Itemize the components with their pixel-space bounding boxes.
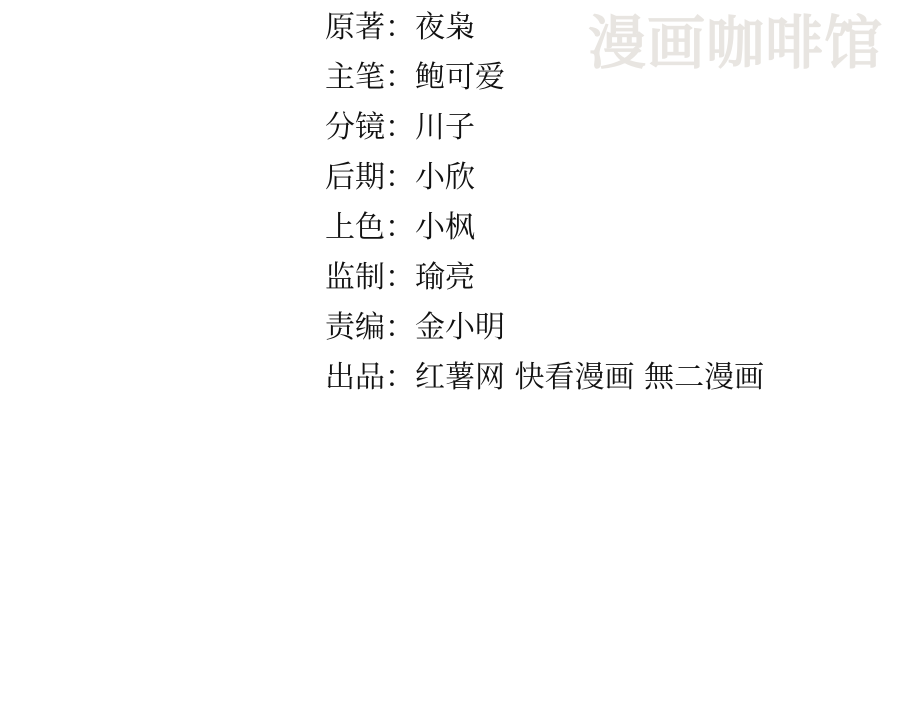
credit-value: 小欣 xyxy=(415,163,475,193)
credit-separator: ： xyxy=(385,63,415,93)
credit-row-storyboard: 分镜：川子 xyxy=(325,103,764,153)
credit-row-post-production: 后期：小欣 xyxy=(325,153,764,203)
credit-label: 主笔 xyxy=(325,63,385,93)
credit-value: 金小明 xyxy=(415,313,505,343)
credit-row-original-author: 原著：夜枭 xyxy=(325,3,764,53)
credit-row-lead-artist: 主笔：鲍可爱 xyxy=(325,53,764,103)
credit-value: 夜枭 xyxy=(415,13,475,43)
credit-separator: ： xyxy=(385,213,415,243)
credit-label: 原著 xyxy=(325,13,385,43)
credit-label: 责编 xyxy=(325,313,385,343)
credit-row-editor: 责编：金小明 xyxy=(325,303,764,353)
credit-separator: ： xyxy=(385,313,415,343)
credits-list: 原著：夜枭 主笔：鲍可爱 分镜：川子 后期：小欣 上色：小枫 监制：瑜亮 责编：… xyxy=(325,3,764,403)
credit-row-coloring: 上色：小枫 xyxy=(325,203,764,253)
credit-separator: ： xyxy=(385,13,415,43)
credit-separator: ： xyxy=(385,163,415,193)
credit-label: 分镜 xyxy=(325,113,385,143)
credit-row-supervisor: 监制：瑜亮 xyxy=(325,253,764,303)
credit-value: 小枫 xyxy=(415,213,475,243)
credit-value: 瑜亮 xyxy=(415,263,475,293)
credit-value: 川子 xyxy=(415,113,475,143)
credit-row-producer: 出品：红薯网 快看漫画 無二漫画 xyxy=(325,353,764,403)
credit-label: 后期 xyxy=(325,163,385,193)
credit-label: 出品 xyxy=(325,363,385,393)
credit-value: 鲍可爱 xyxy=(415,63,505,93)
credit-label: 监制 xyxy=(325,263,385,293)
credit-separator: ： xyxy=(385,363,415,393)
credit-separator: ： xyxy=(385,113,415,143)
credit-separator: ： xyxy=(385,263,415,293)
credit-label: 上色 xyxy=(325,213,385,243)
credit-value: 红薯网 快看漫画 無二漫画 xyxy=(415,363,764,393)
